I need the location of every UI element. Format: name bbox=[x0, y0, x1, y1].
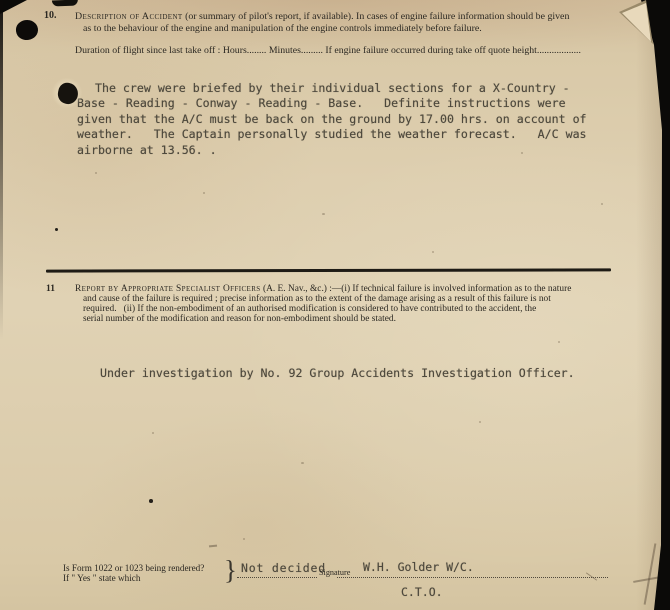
cto-line: C.T.O. bbox=[401, 585, 443, 599]
section-11-heading-rest: (A. E. Nav., &c.) :—(i) If technical fai… bbox=[261, 284, 572, 294]
paper-speck bbox=[95, 172, 97, 174]
paper-speck bbox=[203, 192, 205, 194]
section-10-heading-rest: (or summary of pilot's report, if availa… bbox=[183, 11, 570, 22]
footer-brace: } bbox=[224, 555, 237, 586]
paper-speck bbox=[558, 341, 560, 343]
document-page: 10. Description of Accident (or summary … bbox=[0, 0, 670, 610]
form-section-10-heading-line1: Description of Accident (or summary of p… bbox=[75, 11, 569, 22]
form-section-11-heading-lines: and cause of the failure is required ; p… bbox=[83, 294, 551, 325]
paper-speck bbox=[601, 203, 603, 205]
ink-dot bbox=[55, 228, 58, 231]
page-edge-left bbox=[0, 0, 3, 340]
footer-question-line2: If " Yes " state which bbox=[63, 573, 140, 583]
form-section-10-number: 10. bbox=[44, 10, 57, 21]
form-1022-answer: Not decided bbox=[241, 561, 326, 575]
section-11-title: Report by Appropriate Specialist Officer… bbox=[75, 284, 261, 294]
paper-speck bbox=[371, 122, 373, 124]
typed-briefing-entry: The crew were briefed by their individua… bbox=[77, 81, 587, 158]
paper-speck bbox=[322, 213, 325, 215]
typed-investigation-entry: Under investigation by No. 92 Group Acci… bbox=[100, 366, 575, 380]
signature-value: W.H. Golder W/C. bbox=[363, 560, 474, 574]
signature-label: Signature bbox=[319, 568, 350, 577]
section-10-title: Description of Accident bbox=[75, 11, 183, 22]
paper-speck bbox=[243, 538, 245, 540]
paper-speck bbox=[479, 421, 481, 423]
form-section-11-number: 11 bbox=[46, 284, 55, 294]
paper-speck bbox=[152, 432, 154, 434]
duration-of-flight-line: Duration of flight since last take off :… bbox=[75, 45, 581, 56]
ink-dot bbox=[149, 499, 153, 503]
answer-dotted-line bbox=[237, 577, 317, 578]
footer-question-line1: Is Form 1022 or 1023 being rendered? bbox=[63, 563, 204, 573]
form-section-10-heading-line2: as to the behaviour of the engine and ma… bbox=[83, 23, 482, 34]
signature-dotted-line bbox=[337, 577, 608, 578]
paper-speck bbox=[432, 251, 434, 253]
paper-speck bbox=[301, 462, 304, 464]
form-section-11-heading-line1: Report by Appropriate Specialist Officer… bbox=[75, 284, 571, 294]
paper-speck bbox=[521, 152, 523, 154]
